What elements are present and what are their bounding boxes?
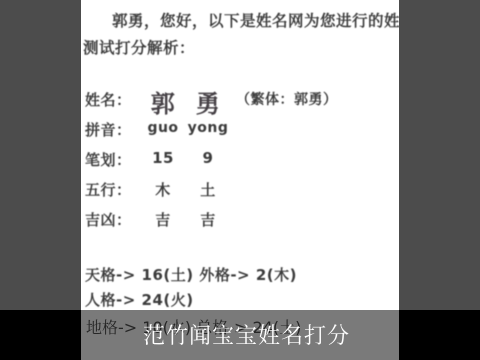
intro-line-1: 郭勇，您好，以下是姓名网为您进行的姓名 bbox=[112, 9, 399, 31]
name-char-1: 郭 bbox=[151, 84, 176, 119]
pinyin-2: yong bbox=[188, 120, 229, 136]
jixiong-2: 吉 bbox=[200, 209, 216, 230]
strokes-label: 笔划： bbox=[85, 149, 132, 170]
wuxing-2: 土 bbox=[200, 179, 216, 200]
name-score-page: 郭勇，您好，以下是姓名网为您进行的姓名 测试打分解析： 姓名： 郭 勇 （繁体：… bbox=[81, 0, 399, 310]
pinyin-1: guo bbox=[147, 120, 178, 136]
grid-line-1: 天格-> 16(土) 外格-> 2(木) bbox=[85, 264, 297, 285]
subtitle-caption: 范竹闻宝宝姓名打分 bbox=[143, 319, 350, 350]
pinyin-label: 拼音： bbox=[85, 119, 132, 140]
subtitle-bar: 地格-> 10(水) 总格-> 24(土) 范竹闻宝宝姓名打分 bbox=[81, 310, 399, 360]
jixiong-1: 吉 bbox=[155, 209, 171, 230]
jixiong-label: 吉凶： bbox=[85, 209, 132, 230]
strokes-2: 9 bbox=[203, 149, 214, 167]
traditional-name: （繁体：郭勇） bbox=[236, 89, 338, 109]
name-char-2: 勇 bbox=[196, 84, 221, 119]
name-label: 姓名： bbox=[85, 89, 132, 110]
strokes-1: 15 bbox=[152, 149, 174, 167]
wuxing-1: 木 bbox=[155, 179, 171, 200]
left-letterbox bbox=[0, 0, 81, 310]
grid-line-2: 人格-> 24(火) bbox=[85, 289, 194, 310]
right-letterbox bbox=[399, 0, 480, 310]
intro-line-2: 测试打分解析： bbox=[83, 36, 195, 58]
wuxing-label: 五行： bbox=[85, 179, 132, 200]
